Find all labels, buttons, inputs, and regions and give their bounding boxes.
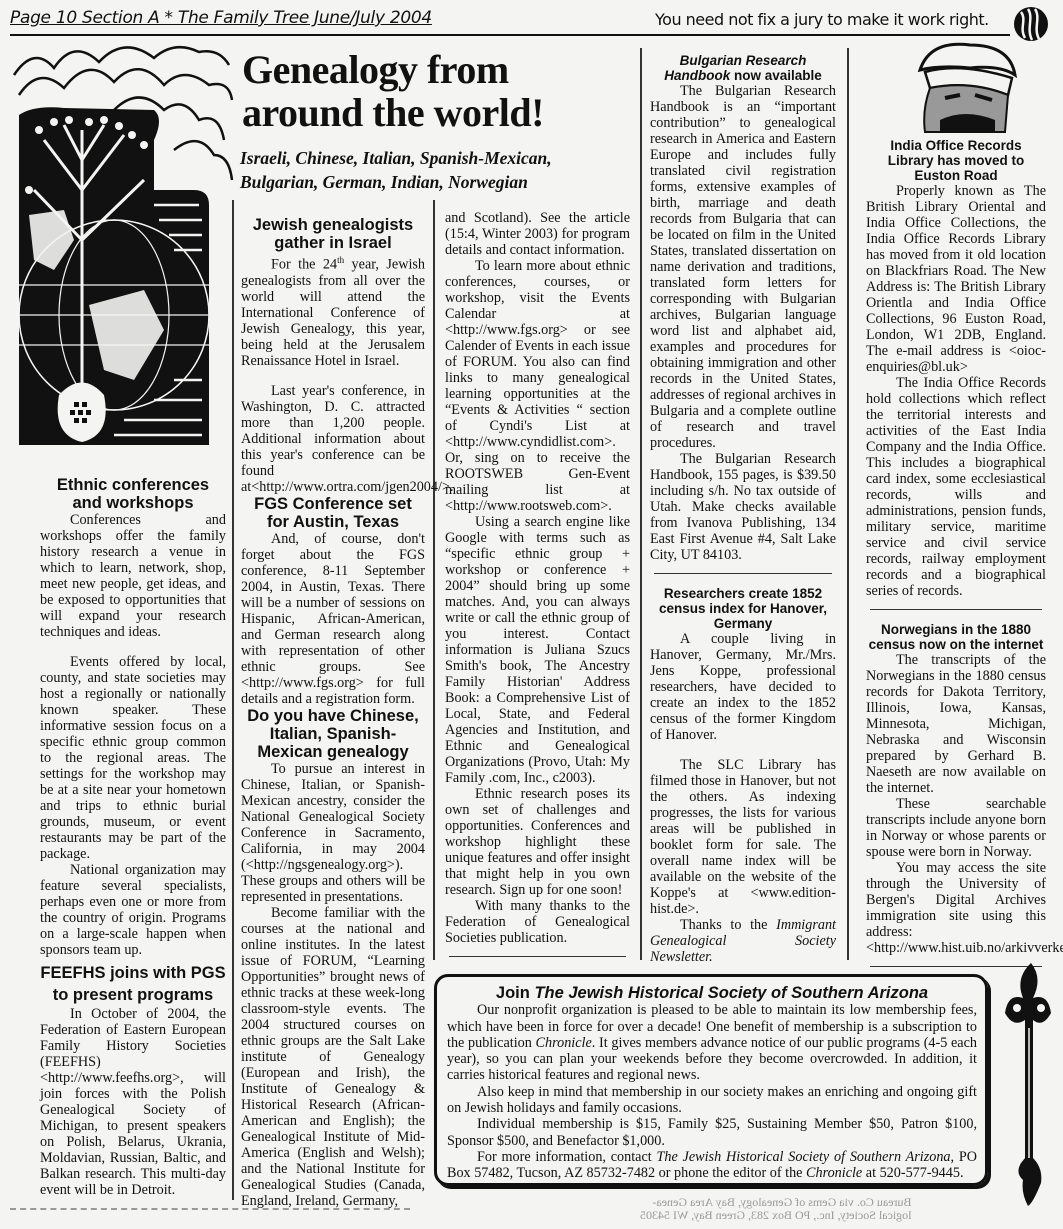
article-heading-feefhs: FEEFHS joins with PGS to present program… [40,962,226,1006]
article-heading-bulgarian-handbook: Bulgarian Research Handbook now availabl… [650,53,836,83]
paragraph: To learn more about ethnic conferences, … [445,258,630,514]
article-heading-hanover-census: Researchers create 1852 census index for… [650,586,836,631]
page-header-left: Page 10 Section A * The Family Tree June… [10,8,432,28]
tree-globe-pomegranate-illustration [4,40,236,472]
paragraph: For the 24th year, Jewish genealogists f… [241,252,425,369]
paragraph: The SLC Library has filmed those in Hano… [650,757,836,917]
text-run: Thanks to the [680,917,776,933]
decorative-scroll-ornament [1003,958,1053,1208]
column-5: India Office Records Library has moved t… [866,138,1046,979]
striped-circle-logo-icon [1013,6,1049,42]
bleed-through-text: Bureau Co. via Gems of Genealogy, Bay Ar… [640,1196,912,1222]
society-name: The Jewish Historical Society of Souther… [656,1149,950,1165]
headline-line-1: Genealogy from [242,48,544,91]
text-run: For the 24 [271,257,337,273]
decorative-border [10,1208,410,1218]
column-3: and Scotland). See the article (15:4, Wi… [445,210,630,969]
paragraph: Events offered by local, county, and sta… [40,654,226,862]
section-divider [654,573,832,574]
paragraph: You may access the site through the Univ… [866,860,1046,956]
header-rule [10,34,1010,36]
paragraph: Thanks to the Immigrant Genealogical Soc… [650,917,836,965]
text-run: at 520-577-9445. [862,1165,963,1181]
paragraph: Ethnic research poses its own set of cha… [445,786,630,898]
paragraph: In October of 2004, the Federation of Ea… [40,1006,226,1198]
main-headline: Genealogy from around the world! [242,48,544,134]
column-4: Bulgarian Research Handbook now availabl… [650,53,836,988]
paragraph: Using a search engine like Google with t… [445,514,630,786]
paragraph: Last year's conference, in Washington, D… [241,383,425,495]
paragraph: The India Office Records hold collection… [866,375,1046,599]
section-divider [449,956,626,957]
heading-rest: now available [730,68,822,83]
headline-subhead: Israeli, Chinese, Italian, Spanish-Mexic… [240,146,630,194]
column-1: Ethnic conferences and workshops Confere… [40,476,226,1198]
article-heading-ethnic-conferences: Ethnic conferences and workshops [40,476,226,512]
heading-run: Join [496,984,535,1002]
text-run: For more information, contact [477,1149,656,1165]
article-heading-jewish-genealogists: Jewish genealogists gather in Israel [241,216,425,252]
paragraph: National organization may feature severa… [40,862,226,958]
publication-title: Chronicle [806,1165,862,1181]
paragraph: and Scotland). See the article (15:4, Wi… [445,210,630,258]
section-divider [870,609,1042,610]
paragraph: To pursue an interest in Chinese, Italia… [241,761,425,905]
society-name: The Jewish Historical Society of Souther… [534,984,928,1002]
publication-title: Chronicle [536,1035,592,1051]
paragraph: These searchable transcripts include any… [866,796,1046,860]
column-rule [847,48,849,960]
page-header-tagline: You need not fix a jury to make it work … [655,10,989,29]
paragraph: Become familiar with the courses at the … [241,905,425,1209]
article-heading-norwegians: Norwegians in the 1880 census now on the… [866,622,1046,652]
paragraph: The transcripts of the Norwegians in the… [866,652,1046,796]
column-rule [433,200,435,960]
paragraph: Individual membership is $15, Family $25… [447,1116,977,1149]
paragraph: Properly known as The British Library Or… [866,183,1046,375]
article-heading-fgs-conference: FGS Conference set for Austin, Texas [241,495,425,531]
turbaned-man-portrait [900,40,1030,135]
paragraph: With many thanks to the Federation of Ge… [445,898,630,946]
text-run: year, Jewish genealogists from all over … [241,257,425,369]
paragraph: Conferences and workshops offer the fami… [40,512,226,640]
column-rule [640,48,642,960]
column-2: Jewish genealogists gather in Israel For… [241,216,425,1209]
article-heading-chinese-italian: Do you have Chinese, Italian, Spanish-Me… [241,707,425,761]
ad-heading: Join The Jewish Historical Society of So… [447,985,977,1001]
bleed-line: logical Society, Inc., PO Box 283, Green… [640,1209,912,1222]
paragraph: The Bulgarian Research Handbook is an “i… [650,83,836,451]
column-rule [232,200,234,1200]
paragraph: Also keep in mind that membership in our… [447,1084,977,1117]
jewish-historical-society-ad-box: Join The Jewish Historical Society of So… [434,974,988,1186]
paragraph: And, of course, don't forget about the F… [241,531,425,707]
paragraph: For more information, contact The Jewish… [447,1149,977,1182]
paragraph: A couple living in Hanover, Germany, Mr.… [650,631,836,743]
paragraph: Our nonprofit organization is pleased to… [447,1002,977,1083]
article-heading-india-office: India Office Records Library has moved t… [866,138,1046,183]
headline-line-2: around the world! [242,91,544,134]
paragraph: The Bulgarian Research Handbook, 155 pag… [650,451,836,563]
